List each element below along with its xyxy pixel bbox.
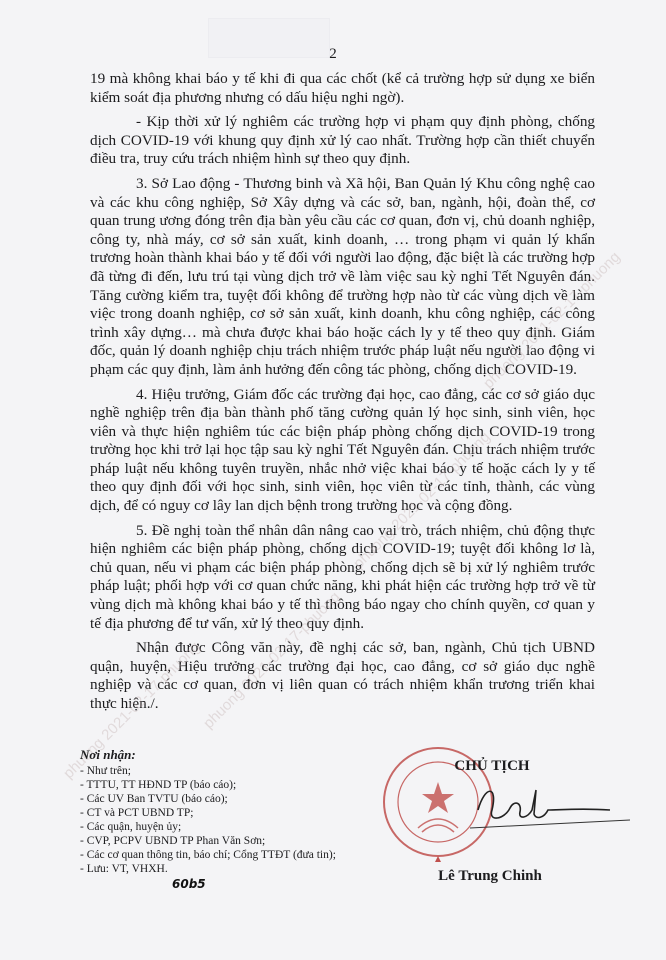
recipient-item: - CT và PCT UBND TP; [80, 806, 380, 820]
signature-block: CHỦ TỊCH Lê Trung Chinh [380, 740, 630, 900]
recipients-block: Nơi nhận: - Như trên; - TTTU, TT HĐND TP… [80, 748, 380, 876]
paragraph-item-5: 5. Đề nghị toàn thể nhân dân nâng cao va… [90, 522, 595, 634]
recipient-item: - Các cơ quan thông tin, báo chí; Cổng T… [80, 848, 380, 862]
recipient-item: - TTTU, TT HĐND TP (báo cáo); [80, 778, 380, 792]
recipient-item: - Lưu: VT, VHXH. [80, 862, 380, 876]
handwritten-signature-icon [470, 780, 630, 830]
recipients-title: Nơi nhận: [80, 748, 380, 762]
document-page: 2 19 mà không khai báo y tế khi đi qua c… [0, 0, 666, 960]
paragraph-item-3: 3. Sở Lao động - Thương binh và Xã hội, … [90, 175, 595, 380]
paragraph-item-4: 4. Hiệu trưởng, Giám đốc các trường đại … [90, 386, 595, 516]
recipient-item: - CVP, PCPV UBND TP Phan Văn Sơn; [80, 834, 380, 848]
page-number: 2 [0, 46, 666, 63]
paragraph-continuation: 19 mà không khai báo y tế khi đi qua các… [90, 70, 595, 107]
signer-name: Lê Trung Chinh [410, 868, 570, 885]
document-body: 19 mà không khai báo y tế khi đi qua các… [90, 70, 595, 716]
recipient-item: - Các UV Ban TVTU (báo cáo); [80, 792, 380, 806]
recipient-item: - Các quận, huyện ủy; [80, 820, 380, 834]
handwritten-note: 60b5 [172, 877, 206, 891]
recipient-item: - Như trên; [80, 764, 380, 778]
signer-title: CHỦ TỊCH [442, 758, 542, 775]
paragraph-closing: Nhận được Công văn này, đề nghị các sở, … [90, 639, 595, 713]
paragraph-handling-violations: - Kịp thời xử lý nghiêm các trường hợp v… [90, 113, 595, 169]
